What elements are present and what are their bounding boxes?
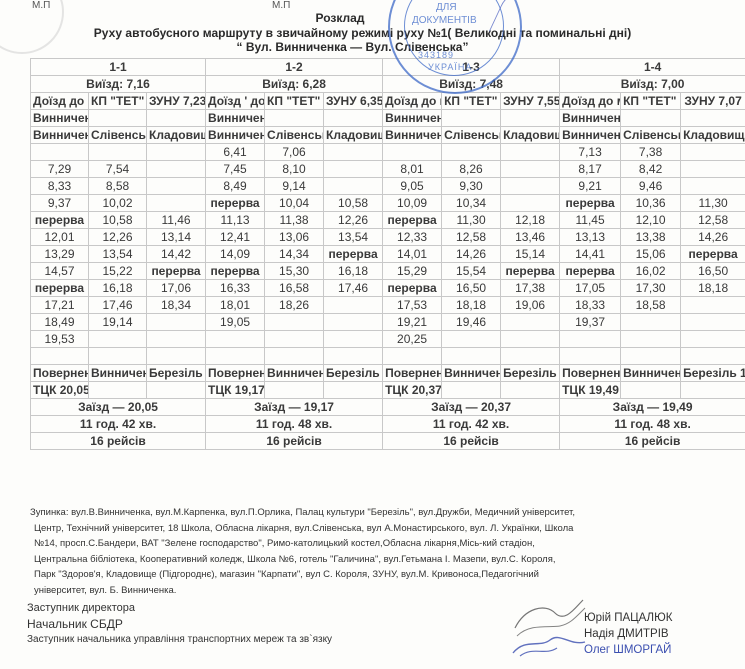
- time-cell: 14,57: [31, 263, 89, 280]
- time-row: 9,3710,02перерва10,0410,5810,0910,34пере…: [31, 195, 745, 212]
- time-cell: [621, 331, 681, 348]
- time-cell: 7,29: [31, 161, 89, 178]
- column-header: Слівенська: [621, 127, 681, 144]
- time-cell: 13,54: [324, 229, 383, 246]
- departure-time: Виїзд: 6,28: [206, 76, 383, 93]
- arrival-row: Заїзд — 20,05Заїзд — 19,17Заїзд — 20,37З…: [31, 399, 745, 416]
- return-label: Повернення з марш: [31, 365, 89, 382]
- time-cell: 19,21: [383, 314, 442, 331]
- stamp-text-3: 343189: [418, 50, 454, 60]
- empty-cell: [265, 382, 324, 399]
- name-patsaliuk: Юрій ПАЦАЛЮК: [584, 610, 672, 626]
- time-cell: 8,17: [560, 161, 621, 178]
- approach-kp-tet: КП "ТЕТ" 6,29: [265, 93, 324, 110]
- route-id-row: 1-11-21-31-4: [31, 59, 745, 76]
- time-cell: 17,05: [560, 280, 621, 297]
- time-cell: 15,54: [442, 263, 501, 280]
- time-cell: 9,37: [31, 195, 89, 212]
- time-cell: 14,34: [265, 246, 324, 263]
- stamp-text-1: ДЛЯ: [436, 2, 457, 13]
- time-cell: 17,06: [147, 280, 206, 297]
- time-cell: [147, 178, 206, 195]
- column-header: Слівенська: [442, 127, 501, 144]
- approach-kp-tet: КП "ТЕТ" 7,01: [621, 93, 681, 110]
- trip-count: 16 рейсів: [560, 433, 745, 450]
- time-cell: 13,38: [621, 229, 681, 246]
- time-cell: 16,50: [442, 280, 501, 297]
- empty-cell: [324, 382, 383, 399]
- name-dmytriv: Надія ДМИТРІВ: [584, 626, 672, 642]
- time-row: 13,2913,5414,4214,0914,34перерва14,0114,…: [31, 246, 745, 263]
- time-cell: 19,06: [501, 297, 560, 314]
- column-header: Винниченка: [206, 127, 265, 144]
- break-cell: перерва: [31, 280, 89, 297]
- time-cell: 18,18: [442, 297, 501, 314]
- return-vynnychenka: Винниченка 19,05: [265, 365, 324, 382]
- column-header: Винниченка: [383, 127, 442, 144]
- time-cell: [501, 144, 560, 161]
- time-cell: 11,45: [560, 212, 621, 229]
- start-row: Винниченка 7,29Винниченка 6,41Винниченка…: [31, 110, 745, 127]
- approach-zunu: ЗУНУ 7,07: [681, 93, 745, 110]
- tck-time: ТЦК 20,05: [31, 382, 89, 399]
- time-cell: 9,05: [383, 178, 442, 195]
- role-head-sbdr: Начальник СБДР: [27, 616, 332, 632]
- time-cell: [324, 297, 383, 314]
- empty-cell: [89, 382, 147, 399]
- time-cell: [206, 348, 265, 365]
- empty-cell: [147, 110, 206, 127]
- empty-cell: [265, 110, 324, 127]
- time-cell: 14,09: [206, 246, 265, 263]
- time-cell: [560, 331, 621, 348]
- time-cell: 18,18: [681, 280, 745, 297]
- approach-zunu: ЗУНУ 7,23: [147, 93, 206, 110]
- time-cell: 18,34: [147, 297, 206, 314]
- column-header-row: ВинниченкаСлівенськаКладовищеВинниченкаС…: [31, 127, 745, 144]
- time-cell: [442, 144, 501, 161]
- time-cell: 17,46: [89, 297, 147, 314]
- time-cell: 9,46: [621, 178, 681, 195]
- stamp-text-4: УКРАЇНА: [428, 62, 472, 72]
- column-header: Слівенська: [265, 127, 324, 144]
- time-cell: [324, 178, 383, 195]
- time-cell: 7,54: [89, 161, 147, 178]
- time-cell: 19,46: [442, 314, 501, 331]
- time-row: перерва16,1817,0616,3316,5817,46перерва1…: [31, 280, 745, 297]
- time-row: 17,2117,4618,3418,0118,2617,5318,1819,06…: [31, 297, 745, 314]
- time-cell: 16,02: [621, 263, 681, 280]
- return-label: Повернення з марш: [206, 365, 265, 382]
- time-cell: 8,42: [621, 161, 681, 178]
- time-cell: 14,26: [442, 246, 501, 263]
- time-row: [31, 348, 745, 365]
- work-duration: 11 год. 42 хв.: [31, 416, 206, 433]
- work-duration: 11 год. 48 хв.: [206, 416, 383, 433]
- time-cell: 10,02: [89, 195, 147, 212]
- time-cell: [501, 195, 560, 212]
- time-cell: 16,18: [89, 280, 147, 297]
- trips-row: 16 рейсів16 рейсів16 рейсів16 рейсів: [31, 433, 745, 450]
- tck-time: ТЦК 19,49: [560, 382, 621, 399]
- route-id: 1-2: [206, 59, 383, 76]
- time-cell: 8,01: [383, 161, 442, 178]
- time-cell: 10,36: [621, 195, 681, 212]
- stamp-text-2: ДОКУМЕНТІВ: [412, 15, 477, 26]
- break-cell: перерва: [383, 212, 442, 229]
- empty-cell: [681, 110, 745, 127]
- empty-cell: [89, 110, 147, 127]
- tck-row: ТЦК 20,05ТЦК 19,17ТЦК 20,37ТЦК 19,49: [31, 382, 745, 399]
- time-cell: [324, 348, 383, 365]
- signatory-roles: Заступник директора Начальник СБДР Засту…: [27, 600, 332, 648]
- return-vynnychenka: Винниченка 19,37: [621, 365, 681, 382]
- column-header: Кладовище: [501, 127, 560, 144]
- time-cell: 11,13: [206, 212, 265, 229]
- stops-list: Зупинка: вул.В.Винниченка, вул.М.Карпенк…: [30, 505, 735, 599]
- time-cell: 12,01: [31, 229, 89, 246]
- time-cell: 13,46: [501, 229, 560, 246]
- time-cell: 8,10: [265, 161, 324, 178]
- break-cell: перерва: [560, 195, 621, 212]
- time-cell: 17,21: [31, 297, 89, 314]
- time-cell: 12,58: [681, 212, 745, 229]
- approach-kp-tet: КП "ТЕТ" 7,17: [89, 93, 147, 110]
- document-subtitle: Руху автобусного маршруту в звичайному р…: [0, 26, 735, 40]
- trip-count: 16 рейсів: [383, 433, 560, 450]
- return-berezil: Березіль 20,31: [501, 365, 560, 382]
- stops-line-3: №14, просп.С.Бандери, ВАТ "Зелене господ…: [30, 536, 735, 552]
- return-berezil: Березіль 19,43: [681, 365, 745, 382]
- break-cell: перерва: [31, 212, 89, 229]
- return-label: Повернення з марш: [560, 365, 621, 382]
- time-cell: 13,13: [560, 229, 621, 246]
- time-cell: 7,06: [265, 144, 324, 161]
- time-cell: [501, 331, 560, 348]
- break-cell: перерва: [383, 280, 442, 297]
- time-row: 12,0112,2613,1412,4113,0613,5412,3312,58…: [31, 229, 745, 246]
- time-cell: [31, 348, 89, 365]
- start-stop: Винниченка 7,29: [31, 110, 89, 127]
- column-header: Винниченка: [31, 127, 89, 144]
- time-cell: 14,42: [147, 246, 206, 263]
- time-cell: [265, 331, 324, 348]
- column-header: Винниченка: [560, 127, 621, 144]
- time-cell: [442, 331, 501, 348]
- time-cell: [442, 348, 501, 365]
- signature-scribble-bottom: [505, 598, 590, 660]
- time-cell: [147, 314, 206, 331]
- time-cell: [324, 144, 383, 161]
- time-cell: 12,10: [621, 212, 681, 229]
- time-cell: [147, 195, 206, 212]
- empty-cell: [442, 382, 501, 399]
- time-cell: 19,05: [206, 314, 265, 331]
- time-cell: 19,37: [560, 314, 621, 331]
- break-cell: перерва: [681, 246, 745, 263]
- time-cell: 16,50: [681, 263, 745, 280]
- time-cell: 7,13: [560, 144, 621, 161]
- column-header: Кладовище: [147, 127, 206, 144]
- stops-line-1: Зупинка: вул.В.Винниченка, вул.М.Карпенк…: [30, 505, 735, 521]
- time-cell: [383, 348, 442, 365]
- mp-left-mark: М.П: [32, 0, 50, 11]
- time-cell: 18,49: [31, 314, 89, 331]
- time-cell: 14,26: [681, 229, 745, 246]
- time-cell: 8,49: [206, 178, 265, 195]
- empty-cell: [147, 382, 206, 399]
- time-cell: 7,38: [621, 144, 681, 161]
- time-cell: 14,01: [383, 246, 442, 263]
- time-cell: [265, 314, 324, 331]
- time-cell: 15,14: [501, 246, 560, 263]
- break-cell: перерва: [501, 263, 560, 280]
- departure-time: Виїзд: 7,00: [560, 76, 745, 93]
- column-header: Кладовище: [681, 127, 745, 144]
- time-cell: 17,38: [501, 280, 560, 297]
- approach-label: Доїзд до марш: [31, 93, 89, 110]
- start-stop: Винниченка 8,01: [383, 110, 442, 127]
- stops-line-4: Центральна бібліотека, Кооперативний кол…: [30, 552, 735, 568]
- time-cell: 15,22: [89, 263, 147, 280]
- time-cell: 17,46: [324, 280, 383, 297]
- break-cell: перерва: [147, 263, 206, 280]
- time-cell: 16,58: [265, 280, 324, 297]
- time-row: 18,4919,1419,0519,2119,4619,37: [31, 314, 745, 331]
- time-cell: 9,14: [265, 178, 324, 195]
- time-cell: 18,33: [560, 297, 621, 314]
- time-cell: [560, 348, 621, 365]
- approach-label: Доїзд до марш: [383, 93, 442, 110]
- time-cell: 10,58: [324, 195, 383, 212]
- column-header: Слівенська: [89, 127, 147, 144]
- time-cell: [621, 314, 681, 331]
- time-cell: 12,26: [89, 229, 147, 246]
- time-cell: 10,09: [383, 195, 442, 212]
- time-cell: 17,30: [621, 280, 681, 297]
- arrival-time: Заїзд — 19,17: [206, 399, 383, 416]
- time-cell: [681, 331, 745, 348]
- work-duration: 11 год. 48 хв.: [560, 416, 745, 433]
- time-cell: [681, 144, 745, 161]
- time-cell: 13,54: [89, 246, 147, 263]
- time-cell: [147, 348, 206, 365]
- time-row: перерва10,5811,4611,1311,3812,26перерва1…: [31, 212, 745, 229]
- mp-mid-mark: М.П: [272, 0, 290, 11]
- work-duration: 11 год. 42 хв.: [383, 416, 560, 433]
- time-cell: 15,29: [383, 263, 442, 280]
- time-cell: [265, 348, 324, 365]
- time-row: 7,297,547,458,108,018,268,178,42: [31, 161, 745, 178]
- time-cell: [501, 161, 560, 178]
- time-cell: 18,58: [621, 297, 681, 314]
- signatory-names: Юрій ПАЦАЛЮК Надія ДМИТРІВ Олег ШМОРГАЙ: [584, 610, 672, 658]
- empty-cell: [621, 110, 681, 127]
- empty-cell: [442, 110, 501, 127]
- break-cell: перерва: [206, 195, 265, 212]
- time-cell: 12,58: [442, 229, 501, 246]
- arrival-time: Заїзд — 20,37: [383, 399, 560, 416]
- start-stop: Винниченка 7,13: [560, 110, 621, 127]
- time-cell: [501, 348, 560, 365]
- trip-count: 16 рейсів: [206, 433, 383, 450]
- empty-cell: [681, 382, 745, 399]
- time-cell: [681, 297, 745, 314]
- time-cell: [89, 331, 147, 348]
- departure-time: Виїзд: 7,16: [31, 76, 206, 93]
- time-cell: [383, 144, 442, 161]
- time-cell: 10,04: [265, 195, 324, 212]
- time-cell: 18,26: [265, 297, 324, 314]
- time-row: 6,417,067,137,38: [31, 144, 745, 161]
- time-cell: 11,38: [265, 212, 324, 229]
- approach-kp-tet: КП "ТЕТ" 7,49: [442, 93, 501, 110]
- time-cell: 9,21: [560, 178, 621, 195]
- return-berezil: Березіль 19,11: [324, 365, 383, 382]
- time-cell: 8,33: [31, 178, 89, 195]
- time-cell: [621, 348, 681, 365]
- time-cell: 13,14: [147, 229, 206, 246]
- start-stop: Винниченка 6,41: [206, 110, 265, 127]
- time-cell: [501, 314, 560, 331]
- time-cell: 10,58: [89, 212, 147, 229]
- time-cell: [147, 331, 206, 348]
- time-cell: 15,06: [621, 246, 681, 263]
- time-cell: 13,29: [31, 246, 89, 263]
- approach-zunu: ЗУНУ 7,55: [501, 93, 560, 110]
- break-cell: перерва: [560, 263, 621, 280]
- arrival-time: Заїзд — 20,05: [31, 399, 206, 416]
- return-berezil: Березіль 19,59: [147, 365, 206, 382]
- time-cell: [206, 331, 265, 348]
- column-header: Кладовище: [324, 127, 383, 144]
- time-cell: 12,26: [324, 212, 383, 229]
- approach-zunu: ЗУНУ 6,35: [324, 93, 383, 110]
- time-cell: 19,14: [89, 314, 147, 331]
- time-cell: [147, 144, 206, 161]
- tck-time: ТЦК 20,37: [383, 382, 442, 399]
- return-vynnychenka: Винниченка 20,25: [442, 365, 501, 382]
- time-cell: 20,25: [383, 331, 442, 348]
- break-cell: перерва: [206, 263, 265, 280]
- time-cell: [681, 161, 745, 178]
- time-cell: [147, 161, 206, 178]
- time-cell: 9,30: [442, 178, 501, 195]
- role-deputy-head-transport: Заступник начальника управління транспор…: [27, 632, 332, 648]
- time-cell: [501, 178, 560, 195]
- time-cell: 11,46: [147, 212, 206, 229]
- empty-cell: [324, 110, 383, 127]
- time-cell: 15,30: [265, 263, 324, 280]
- return-vynnychenka: Винниченка 19,53: [89, 365, 147, 382]
- time-cell: 16,18: [324, 263, 383, 280]
- time-cell: [89, 348, 147, 365]
- time-cell: 14,41: [560, 246, 621, 263]
- time-cell: 8,26: [442, 161, 501, 178]
- time-cell: 8,58: [89, 178, 147, 195]
- break-cell: перерва: [324, 246, 383, 263]
- time-row: 14,5715,22перерваперерва15,3016,1815,291…: [31, 263, 745, 280]
- approach-row: Доїзд до маршКП "ТЕТ" 7,17ЗУНУ 7,23Доїзд…: [31, 93, 745, 110]
- time-cell: 6,41: [206, 144, 265, 161]
- time-cell: [681, 314, 745, 331]
- time-cell: [31, 144, 89, 161]
- schedule-table: 1-11-21-31-4Виїзд: 7,16Виїзд: 6,28Виїзд:…: [30, 58, 745, 450]
- time-row: 8,338,588,499,149,059,309,219,46: [31, 178, 745, 195]
- role-deputy-director: Заступник директора: [27, 600, 332, 616]
- duration-row: 11 год. 42 хв.11 год. 48 хв.11 год. 42 х…: [31, 416, 745, 433]
- time-cell: [324, 331, 383, 348]
- time-cell: [324, 314, 383, 331]
- trip-count: 16 рейсів: [31, 433, 206, 450]
- return-label: Повернення з марш: [383, 365, 442, 382]
- stops-line-5: Парк "Здоров'я, Кладовище (Підгороднє), …: [30, 567, 735, 583]
- time-cell: [681, 178, 745, 195]
- time-cell: 12,41: [206, 229, 265, 246]
- time-cell: 18,01: [206, 297, 265, 314]
- empty-cell: [501, 382, 560, 399]
- time-cell: [324, 161, 383, 178]
- empty-cell: [501, 110, 560, 127]
- name-shmorhai: Олег ШМОРГАЙ: [584, 642, 672, 658]
- time-cell: 16,33: [206, 280, 265, 297]
- time-cell: 12,33: [383, 229, 442, 246]
- time-cell: 19,53: [31, 331, 89, 348]
- arrival-time: Заїзд — 19,49: [560, 399, 745, 416]
- time-cell: 11,30: [442, 212, 501, 229]
- time-cell: 13,06: [265, 229, 324, 246]
- approach-label: Доїзд ' до марш: [206, 93, 265, 110]
- route-id: 1-1: [31, 59, 206, 76]
- departure-row: Виїзд: 7,16Виїзд: 6,28Виїзд: 7,48Виїзд: …: [31, 76, 745, 93]
- time-cell: [681, 348, 745, 365]
- time-cell: 12,18: [501, 212, 560, 229]
- time-cell: 17,53: [383, 297, 442, 314]
- empty-cell: [621, 382, 681, 399]
- approach-label: Доїзд до марш: [560, 93, 621, 110]
- time-row: 19,5320,25: [31, 331, 745, 348]
- time-cell: 11,30: [681, 195, 745, 212]
- time-cell: 10,34: [442, 195, 501, 212]
- return-row: Повернення з маршВинниченка 19,53Березіл…: [31, 365, 745, 382]
- time-cell: [89, 144, 147, 161]
- tck-time: ТЦК 19,17: [206, 382, 265, 399]
- stops-line-6: університет, вул. Б. Винниченка.: [30, 583, 735, 599]
- time-cell: 7,45: [206, 161, 265, 178]
- stops-line-2: Центр, Технічний університет, 18 Школа, …: [30, 521, 735, 537]
